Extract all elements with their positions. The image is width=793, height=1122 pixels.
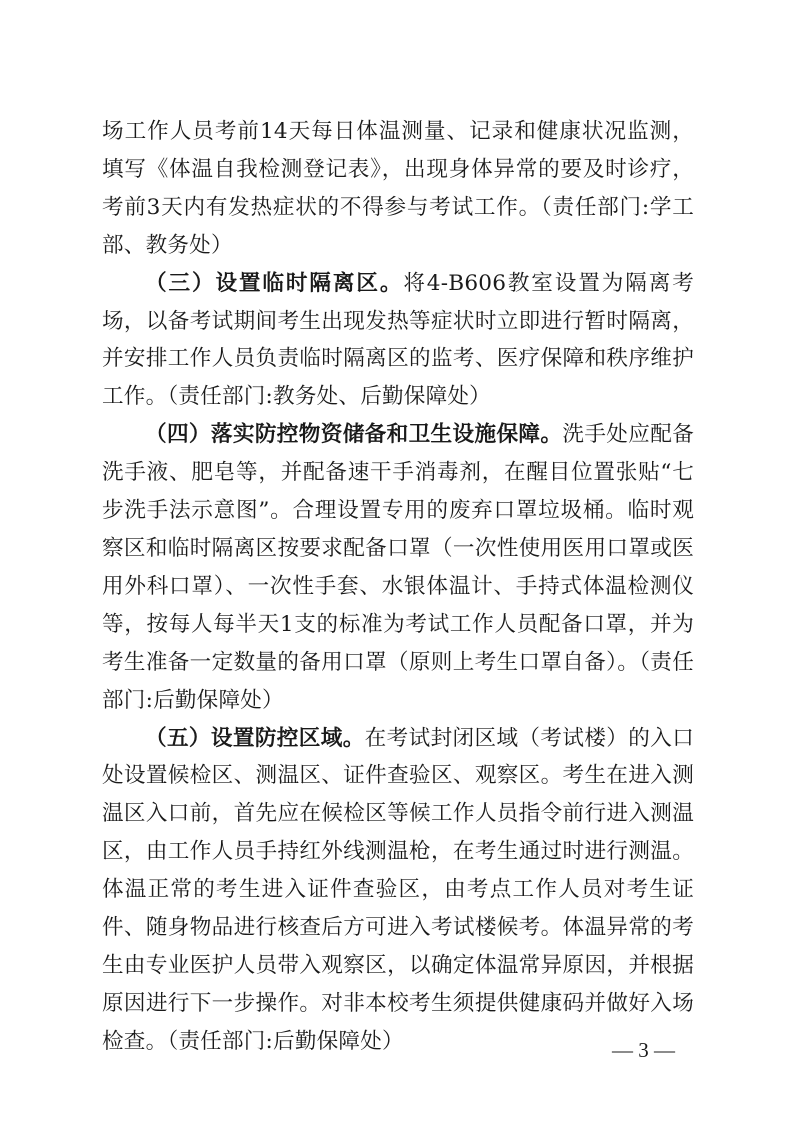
section-heading: （五）设置防控区域。: [145, 726, 365, 751]
document-page: 场工作人员考前14天每日体温测量、记录和健康状况监测，填写《体温自我检测登记表》…: [102, 113, 694, 1061]
section-heading: （三）设置临时隔离区。: [145, 271, 403, 296]
paragraph-section-5: （五）设置防控区域。在考试封闭区域（考试楼）的入口处设置候检区、测温区、证件查验…: [102, 720, 694, 1061]
paragraph-continuation: 场工作人员考前14天每日体温测量、记录和健康状况监测，填写《体温自我检测登记表》…: [102, 113, 694, 265]
paragraph-section-3: （三）设置临时隔离区。将4-B606教室设置为隔离考场，以备考试期间考生出现发热…: [102, 265, 694, 417]
paragraph-body: 在考试封闭区域（考试楼）的入口处设置候检区、测温区、证件查验区、观察区。考生在进…: [102, 726, 694, 1054]
page-number: — 3 —: [612, 1038, 675, 1063]
paragraph-body: 洗手处应配备洗手液、肥皂等，并配备速干手消毒剂，在醒目位置张贴“七步洗手法示意图…: [102, 422, 694, 712]
paragraph-section-4: （四）落实防控物资储备和卫生设施保障。洗手处应配备洗手液、肥皂等，并配备速干手消…: [102, 416, 694, 719]
paragraph-body: 场工作人员考前14天每日体温测量、记录和健康状况监测，填写《体温自我检测登记表》…: [102, 119, 694, 258]
section-heading: （四）落实防控物资储备和卫生设施保障。: [145, 422, 562, 447]
